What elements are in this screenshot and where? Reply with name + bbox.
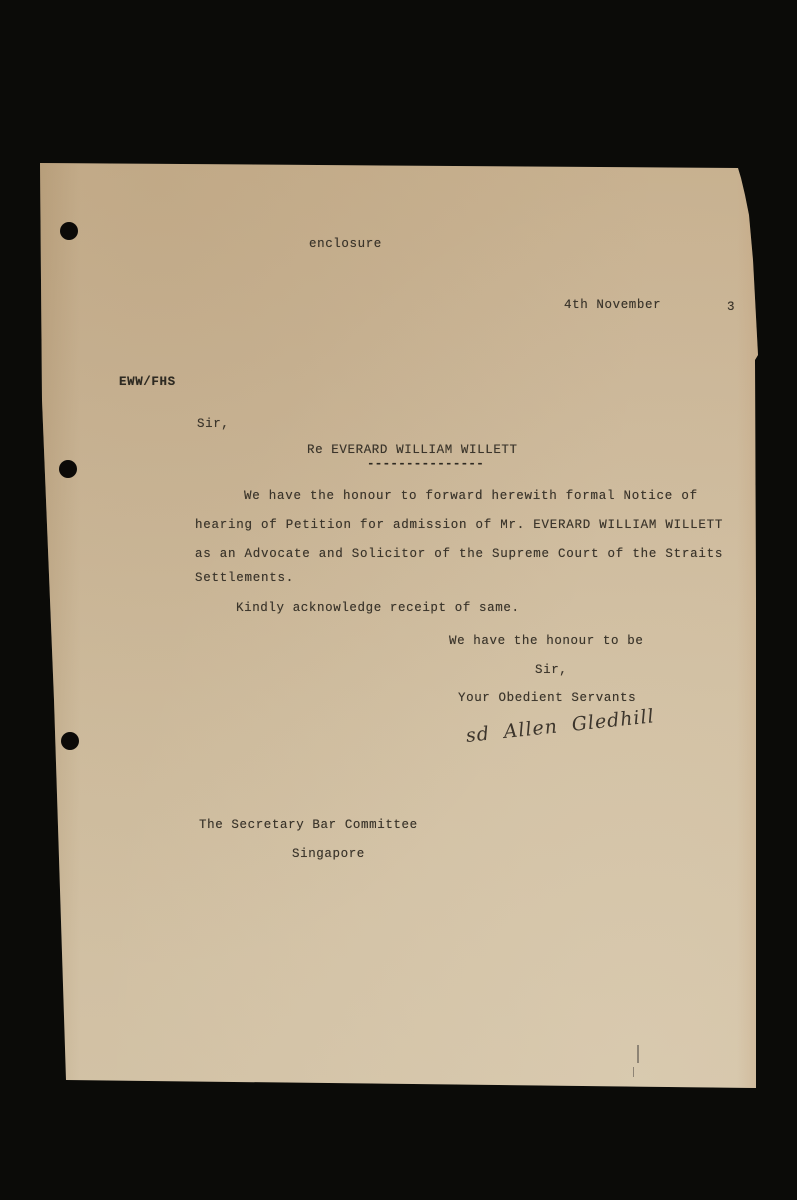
letter-page	[0, 0, 797, 1200]
punch-hole-top	[60, 222, 78, 240]
reference-code: EWW/FHS	[119, 376, 176, 389]
body-line-1: We have the honour to forward herewith f…	[244, 490, 698, 503]
addressee-line-1: The Secretary Bar Committee	[199, 819, 418, 832]
punch-hole-middle	[59, 460, 77, 478]
pencil-mark-small	[633, 1067, 634, 1077]
pencil-mark	[637, 1045, 639, 1063]
subject-line: Re EVERARD WILLIAM WILLETT	[307, 444, 518, 457]
letter-date: 4th November	[564, 299, 661, 312]
page-number: 3	[727, 301, 735, 314]
header-label: enclosure	[309, 238, 382, 251]
scan-viewer: enclosure 4th November 3 EWW/FHS Sir, Re…	[0, 0, 797, 1200]
closing-line-1: We have the honour to be	[449, 635, 643, 648]
closing-line-3: Your Obedient Servants	[458, 692, 636, 705]
subject-underline: ---------------	[367, 458, 484, 471]
body-line-4: Settlements.	[195, 572, 294, 585]
request-line: Kindly acknowledge receipt of same.	[236, 602, 520, 615]
body-line-2: hearing of Petition for admission of Mr.…	[195, 519, 723, 532]
body-line-3: as an Advocate and Solicitor of the Supr…	[195, 548, 723, 561]
salutation: Sir,	[197, 418, 229, 431]
punch-hole-bottom	[61, 732, 79, 750]
closing-line-2: Sir,	[535, 664, 567, 677]
addressee-line-2: Singapore	[292, 848, 365, 861]
